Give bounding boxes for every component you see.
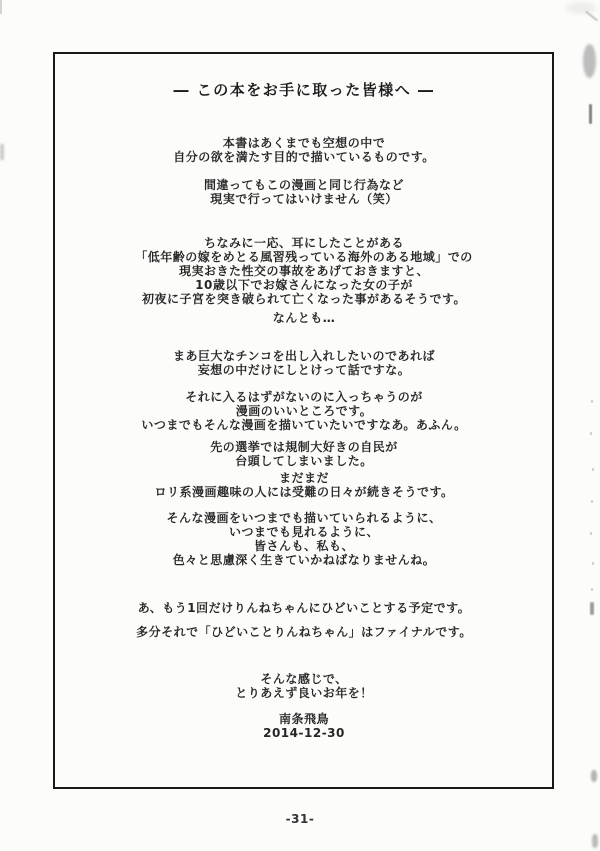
text-line: とりあえず良いお年を！	[53, 686, 555, 700]
text-line: 妄想の中だけにしとけって話ですな。	[53, 363, 555, 377]
paragraph-final-note: 多分それで「ひどいことりんねちゃん」はファイナルです。	[53, 625, 555, 639]
scan-artifact-speck	[592, 468, 594, 471]
text-line: まだまだ	[53, 471, 555, 485]
paragraph-hardship-note: まだまだロリ系漫画趣味の人には受難の日々が続きそうです。	[53, 471, 555, 499]
text-line: 漫画のいいところです。	[53, 404, 555, 418]
text-line: 南条飛鳥	[53, 712, 555, 726]
text-line: 初夜に子宮を突き破られて亡くなった事があるそうです。	[53, 292, 555, 306]
paragraph-anecdote: ちなみに一応、耳にしたことがある「低年齢の嫁をめとる風習残っている海外のある地域…	[53, 236, 555, 306]
text-line: ちなみに一応、耳にしたことがある	[53, 236, 555, 250]
text-line: 間違ってもこの漫画と同じ行為など	[53, 178, 555, 192]
text-line: いつまでも見れるように、	[53, 525, 555, 539]
paragraph-manga-merit: それに入るはずがないのに入っちゃうのが漫画のいいところです。いつまでもそんな漫画…	[53, 390, 555, 432]
text-line: そんな感じで、	[53, 672, 555, 686]
paragraph-warning: 間違ってもこの漫画と同じ行為など現実で行ってはいけません（笑）	[53, 178, 555, 206]
text-line: 本書はあくまでも空想の中で	[53, 136, 555, 150]
text-line: 先の選挙では規制大好きの自民が	[53, 440, 555, 454]
text-line: 現実おきた性交の事故をあげておきますと、	[53, 264, 555, 278]
scan-artifact-speck	[592, 562, 594, 565]
text-line: それに入るはずがないのに入っちゃうのが	[53, 390, 555, 404]
text-line: そんな漫画をいつまでも描いていられるように、	[53, 511, 555, 525]
scan-artifact-speck	[591, 588, 593, 591]
scan-artifact-diagonal-mark	[585, 11, 598, 22]
scan-artifact-mark	[592, 834, 598, 848]
text-line: 皆さんも、私も、	[53, 539, 555, 553]
text-line: 台頭してしまいました。	[53, 454, 555, 468]
text-line: 自分の欲を満たす目的で描いているものです。	[53, 150, 555, 164]
text-line: ロリ系漫画趣味の人には受難の日々が続きそうです。	[53, 485, 555, 499]
paragraph-wish: そんな漫画をいつまでも描いていられるように、いつまでも見れるように、皆さんも、私…	[53, 511, 555, 567]
scanned-afterword-page: ― この本をお手に取った皆様へ ― 本書はあくまでも空想の中で自分の欲を満たす目…	[0, 0, 600, 851]
text-line: 現実で行ってはいけません（笑）	[53, 192, 555, 206]
scan-artifact-mark	[591, 770, 597, 782]
paragraph-fantasy-note: まあ巨大なチンコを出し入れしたいのであれば妄想の中だけにしとけって話ですな。	[53, 349, 555, 377]
text-line: まあ巨大なチンコを出し入れしたいのであれば	[53, 349, 555, 363]
paragraph-remark: なんとも…	[53, 311, 555, 325]
text-line: 2014-12-30	[53, 726, 555, 740]
paragraph-disclaimer: 本書はあくまでも空想の中で自分の欲を満たす目的で描いているものです。	[53, 136, 555, 164]
text-line: 色々と思慮深く生きていかねばなりませんね。	[53, 553, 555, 567]
text-line: 10歳以下でお嫁さんになった女の子が	[53, 278, 555, 292]
text-line: 多分それで「ひどいことりんねちゃん」はファイナルです。	[53, 625, 555, 639]
scan-artifact-left-edge	[0, 0, 2, 14]
scan-artifact-speck	[590, 432, 592, 435]
scan-artifact-dash	[590, 602, 594, 615]
text-line: なんとも…	[53, 311, 555, 325]
paragraph-closing: そんな感じで、とりあえず良いお年を！	[53, 672, 555, 700]
page-title: ― この本をお手に取った皆様へ ―	[53, 80, 555, 100]
scan-artifact-speck	[591, 400, 593, 403]
scan-artifact-dash	[589, 104, 592, 124]
scan-artifact-left-edge	[0, 144, 4, 160]
text-line: あ、もう1回だけりんねちゃんにひどいことする予定です。	[53, 601, 555, 615]
paragraph-election-note: 先の選挙では規制大好きの自民が台頭してしまいました。	[53, 440, 555, 468]
paragraph-next-plan: あ、もう1回だけりんねちゃんにひどいことする予定です。	[53, 601, 555, 615]
scan-artifact-top-right-smudge	[566, 2, 596, 14]
text-line: いつまでもそんな漫画を描いていたいですなあ。あふん。	[53, 418, 555, 432]
signature-block: 南条飛鳥2014-12-30	[53, 712, 555, 740]
scan-artifact-blob	[583, 44, 596, 78]
scan-artifact-speck	[591, 500, 593, 503]
page-number: -31-	[0, 812, 600, 826]
text-line: 「低年齢の嫁をめとる風習残っている海外のある地域」での	[53, 250, 555, 264]
scan-artifact-speck	[590, 532, 592, 535]
